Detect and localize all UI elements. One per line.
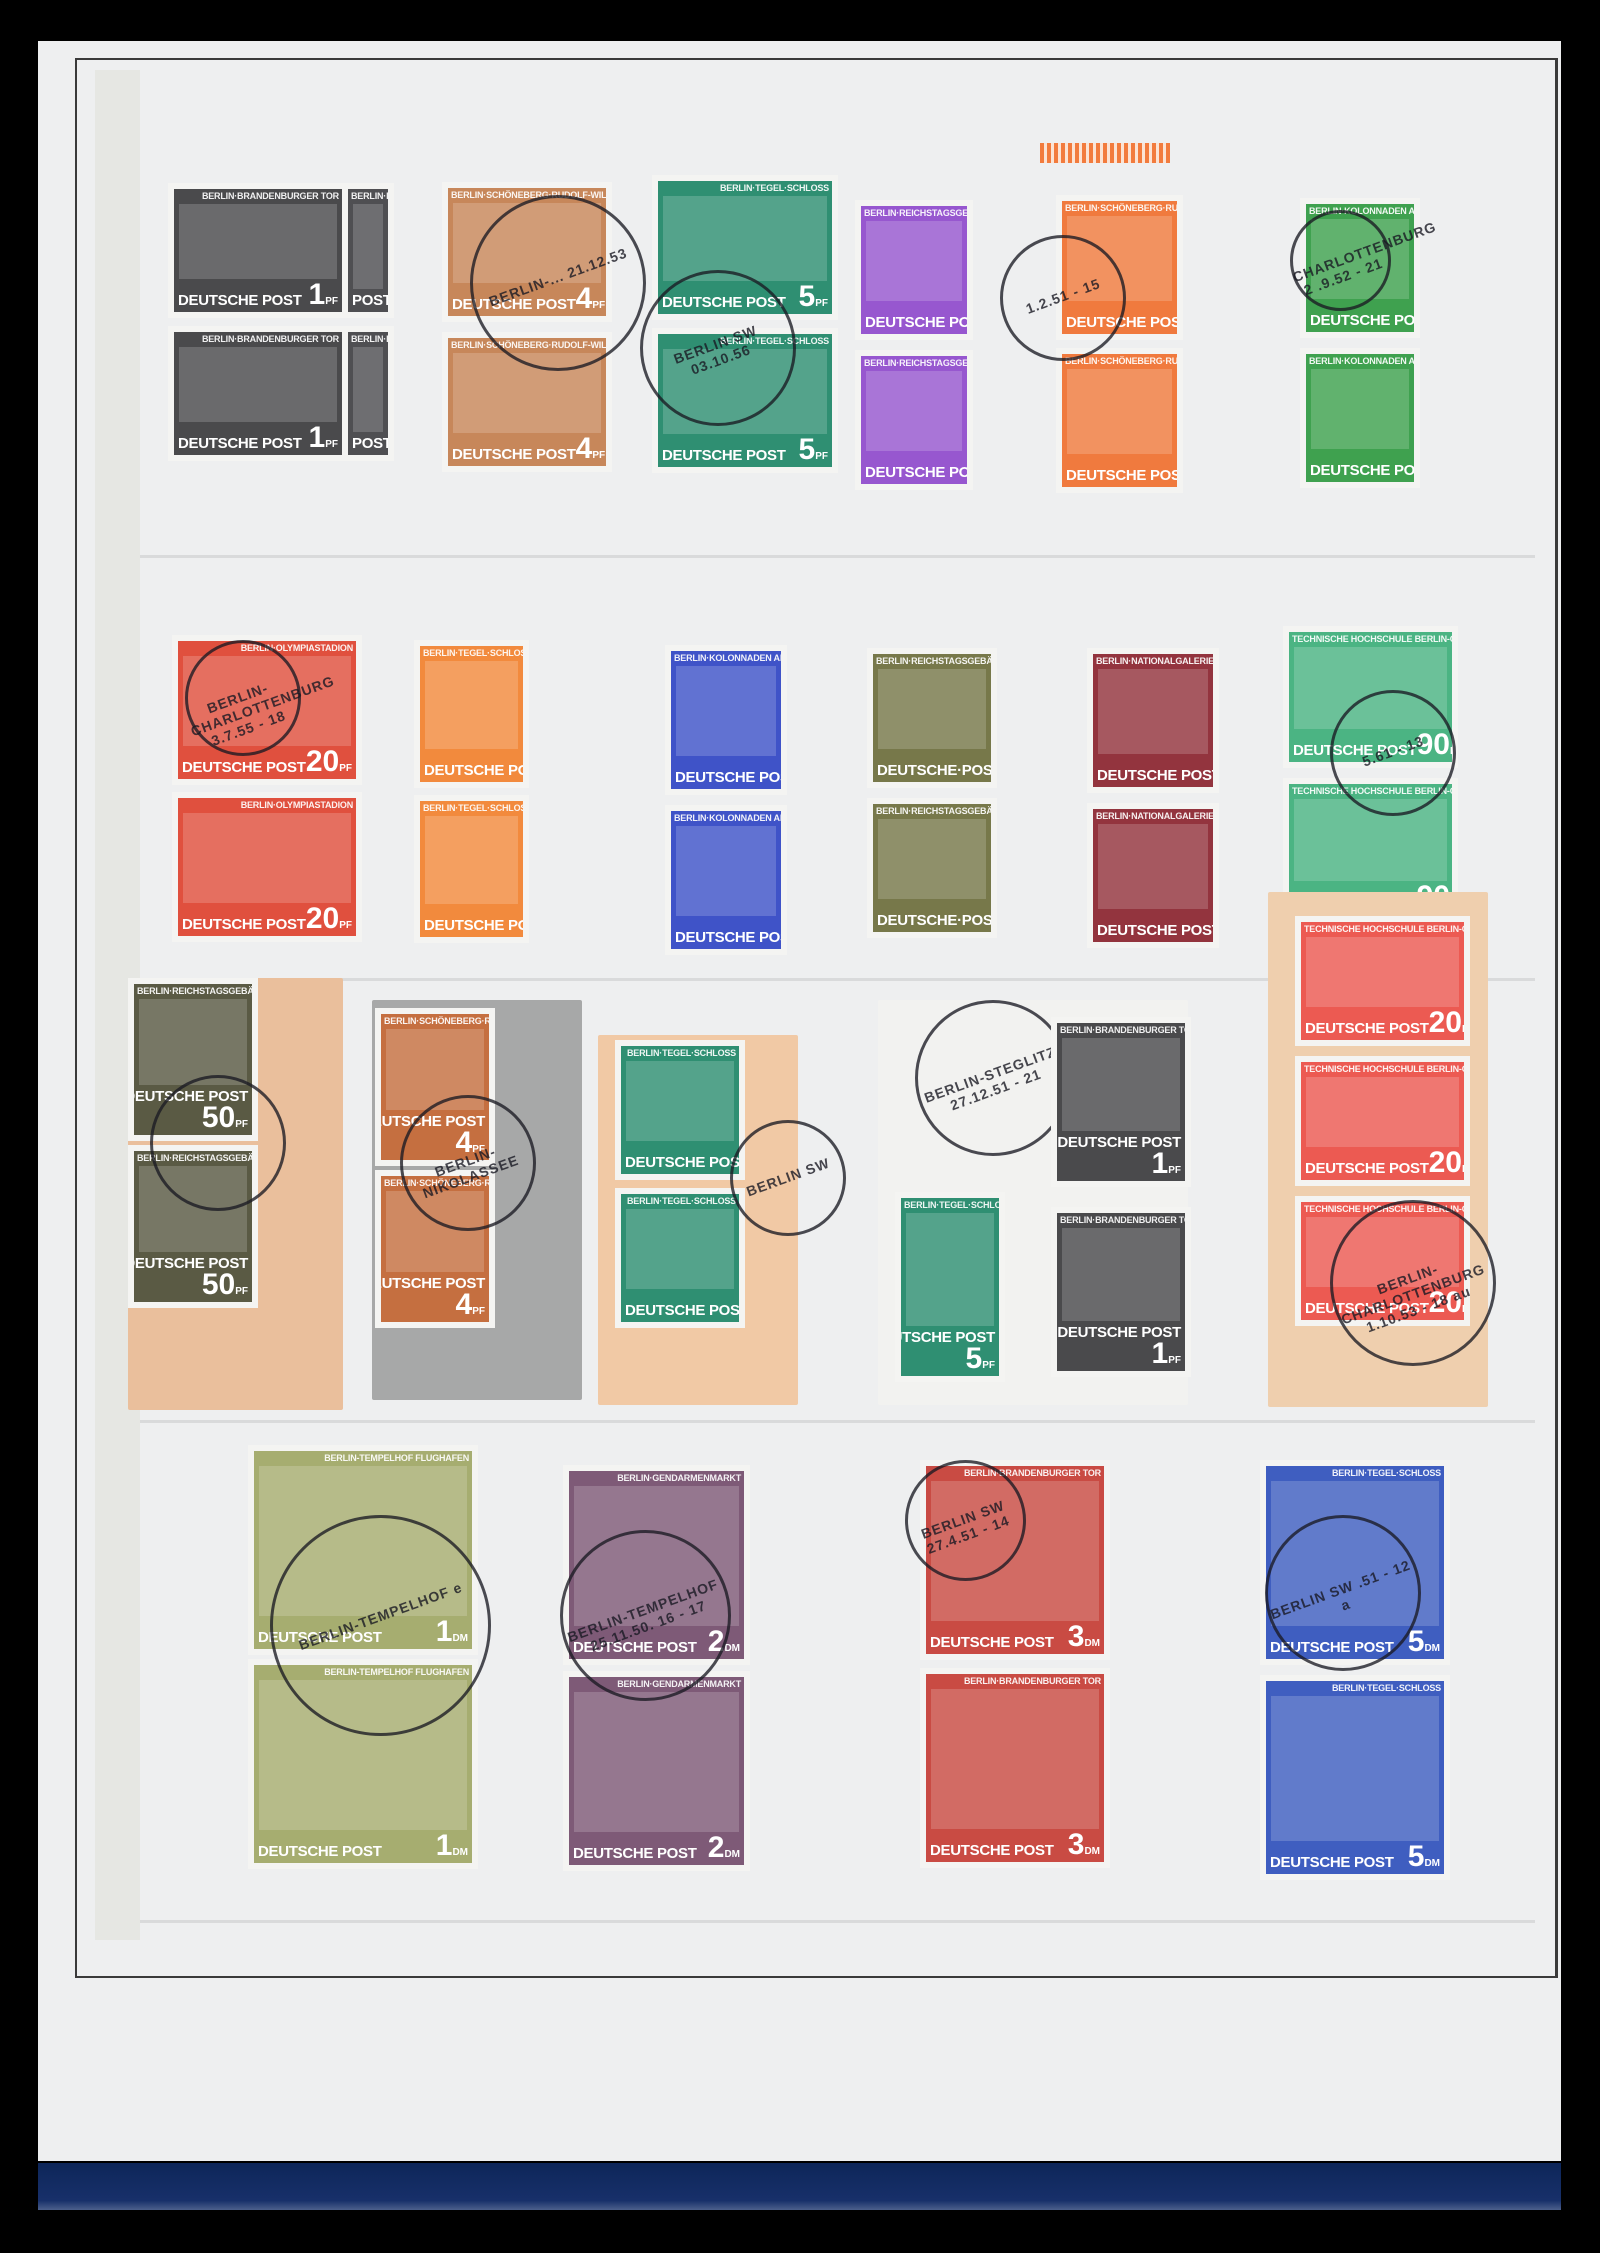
stamp-country-label: DEUTSCHE POST — [1097, 922, 1219, 939]
stamp-caption: BERLIN-TEMPELHOF FLUGHAFEN — [254, 1451, 472, 1463]
stamp-denomination: 50PF — [202, 1272, 248, 1299]
stamp[interactable]: BERLIN·TEGEL·SCHLOSSDEUTSCHE POST5PF — [895, 1192, 1005, 1382]
stock-strip-divider — [140, 555, 1535, 558]
stamp-denomination: 20PF — [306, 749, 352, 776]
stamp-value: 1 — [1152, 1147, 1169, 1180]
stamp-footer: DEUTSCHE POST8PF — [1062, 304, 1177, 334]
stamp-country-label: DEUTSCHE POST — [930, 1842, 1054, 1859]
stamp-country-label: DEUTSCHE POST — [865, 464, 973, 481]
stamp[interactable]: BERLIN·BRANDENBURGER TORDEUTSCHE POST1PF — [168, 326, 348, 461]
stamp-vignette-image — [676, 666, 776, 756]
stamp[interactable]: TECHNISCHE HOCHSCHULE BERLIN-CHARLOTTENB… — [1283, 626, 1458, 768]
stamp-caption: TECHNISCHE HOCHSCHULE BERLIN-CHARLOTTENB… — [1289, 632, 1452, 644]
stamp-footer: DEUTSCHE POST50PF — [134, 1088, 252, 1135]
stamp-caption: BERLIN·OLYMPIASTADION — [178, 798, 356, 810]
stamp-value: 1 — [1152, 1337, 1169, 1370]
stamp-caption: BERLIN-TEMPELHOF FLUGHAFEN — [254, 1665, 472, 1677]
stamp-value: 20 — [306, 902, 339, 935]
stamp-country-label: DEUTSCHE POST — [258, 1843, 382, 1860]
stamp-country-label: DEUTSCHE POST — [178, 435, 302, 452]
stamp-footer: DEUTSCHE POST10PF — [1306, 452, 1414, 482]
stamp[interactable]: TECHNISCHE HOCHSCHULE BERLIN-CHARLOTTENB… — [1295, 1196, 1470, 1326]
stamp-vignette-image — [866, 371, 962, 451]
stamp-vignette-image — [626, 1209, 734, 1289]
stamp-country-label: DEUTSCHE POST — [865, 314, 973, 331]
stamp-value: 1 — [309, 421, 326, 454]
stamp-country-label: POST — [352, 292, 392, 309]
stamp-vignette-image — [453, 203, 601, 283]
stamp-caption: BERLIN·REICHSTAGSGEBÄUDE — [873, 654, 991, 666]
stamp-country-label: DEUTSCHE POST — [258, 1629, 382, 1646]
stamp-denomination: 4PF — [456, 1292, 485, 1319]
stamp-footer: DEUTSCHE POST10PF — [1306, 302, 1414, 332]
stamp-value: 50 — [202, 1268, 235, 1301]
stamp-footer: DEUTSCHE POST20PF — [178, 906, 356, 936]
stamp-caption: TECHNISCHE HOCHSCHULE BERLIN-CHARLOTTENB… — [1301, 1062, 1464, 1074]
stamp[interactable]: BERLIN·TEGEL·SCHLOSSDEUTSCHE POST5DM — [1260, 1460, 1450, 1665]
stamp[interactable]: BERLIN·BRANDENBURGER TORPOST — [342, 183, 394, 318]
stamp-caption: BERLIN·TEGEL·SCHLOSS — [420, 646, 523, 658]
stamp-denomination: 20PF — [306, 906, 352, 933]
album-cover-edge — [38, 2163, 1561, 2210]
stamp[interactable]: BERLIN·KOLONNADEN AM KLEISTPARKDEUTSCHE … — [665, 805, 787, 955]
stamp-footer: DEUTSCHE POST90PF — [1289, 732, 1452, 762]
stamp-vignette-image — [878, 819, 986, 899]
stamp-caption: BERLIN·REICHSTAGSGEBÄUDE — [873, 804, 991, 816]
stamp-value: 20 — [1429, 1286, 1462, 1319]
stamp[interactable]: TECHNISCHE HOCHSCHULE BERLIN-CHARLOTTENB… — [1295, 1056, 1470, 1186]
stamp[interactable]: BERLIN·SCHÖNEBERG·RUDOLF-WILDE-PLATZDEUT… — [1056, 348, 1183, 493]
stamp-caption: BERLIN·BRANDENBURGER TOR — [1057, 1023, 1185, 1035]
stamp-caption: TECHNISCHE HOCHSCHULE BERLIN-CHARLOTTENB… — [1301, 922, 1464, 934]
stamp-denomination: 5PF — [799, 437, 828, 464]
stamp-value: 5 — [1408, 1840, 1425, 1873]
stamp-country-label: DEUTSCHE POST — [1305, 1300, 1429, 1317]
stamp[interactable]: BERLIN·REICHSTAGSGEBÄUDEDEUTSCHE·POST50P… — [867, 648, 997, 788]
stamp-caption: BERLIN·KOLONNADEN AM KLEISTPARK — [671, 811, 781, 823]
stamp-vignette-image — [1067, 369, 1172, 454]
stamp-value: 2 — [708, 1625, 725, 1658]
stamp-vignette-image — [574, 1486, 739, 1626]
stamp[interactable]: BERLIN·TEGEL·SCHLOSSDEUTSCHE POST5PF — [615, 1040, 745, 1180]
stamp[interactable]: BERLIN·OLYMPIASTADIONDEUTSCHE POST20PF — [172, 792, 362, 942]
stamp-caption: BERLIN·TEGEL·SCHLOSS — [1266, 1466, 1444, 1478]
stamp-currency: PF — [1450, 746, 1458, 757]
stamp-caption: BERLIN·SCHÖNEBERG·RUDOLF-WILDE-PLATZ — [1062, 354, 1177, 366]
stamp-currency: DM — [1424, 1858, 1440, 1869]
stamp-vignette-image — [386, 1191, 484, 1272]
stamp-currency: PF — [325, 439, 338, 450]
stamp-caption: BERLIN·GENDARMENMARKT — [569, 1677, 744, 1689]
stamp-country-label: DEUTSCHE POST — [452, 446, 576, 463]
stamp-value: 1 — [309, 278, 326, 311]
stamp[interactable]: BERLIN·GENDARMENMARKTDEUTSCHE POST2DM — [563, 1671, 750, 1871]
stamp[interactable]: BERLIN·TEGEL·SCHLOSSDEUTSCHE POST5PF — [615, 1188, 745, 1328]
stamp-denomination: 90PF — [1417, 732, 1458, 759]
stamp-vignette-image — [179, 347, 337, 422]
stamp-country-label: DEUTSCHE POST — [675, 929, 787, 946]
stamp-denomination: 4PF — [456, 1130, 485, 1157]
stamp-footer: DEUTSCHE POST5PF — [621, 1292, 739, 1322]
stamp-caption: BERLIN·TEGEL·SCHLOSS — [420, 801, 523, 813]
stamp-denomination: 20PF — [1429, 1150, 1470, 1177]
stamp-footer: DEUTSCHE POST25PF — [420, 752, 523, 782]
stamp-country-label: DEUTSCHE·POST — [877, 762, 997, 779]
stamp-country-label: DEUTSCHE POST — [930, 1634, 1054, 1651]
stamp-vignette-image — [676, 826, 776, 916]
stamp-caption: BERLIN·SCHÖNEBERG·RUDOLF-WILDE-PLATZ — [448, 338, 606, 350]
stamp-footer: DEUTSCHE POST2DM — [569, 1629, 744, 1659]
stamp-denomination: 4PF — [576, 286, 605, 313]
stamp[interactable]: BERLIN·KOLONNADEN AM KLEISTPARKDEUTSCHE … — [1300, 198, 1420, 338]
stamp-denomination: 2DM — [708, 1835, 740, 1862]
stamp-currency: DM — [724, 1643, 740, 1654]
stamp-footer: DEUTSCHE POST25PF — [420, 907, 523, 937]
stamp-denomination: 1DM — [436, 1619, 468, 1646]
stamp-caption: BERLIN·REICHSTAGSGEBÄUDE — [861, 206, 967, 218]
stamp-currency: PF — [472, 1306, 485, 1317]
stamp-currency: DM — [1424, 1643, 1440, 1654]
stamp-country-label: DEUTSCHE POST — [1310, 462, 1420, 479]
stamp-currency: PF — [325, 296, 338, 307]
stamp-country-label: DEUTSCHE POST — [1270, 1854, 1394, 1871]
stamp-caption: BERLIN·TEGEL·SCHLOSS — [658, 334, 832, 346]
stamp[interactable]: BERLIN·BRANDENBURGER TORDEUTSCHE POST3DM — [920, 1460, 1110, 1660]
stamp-country-label: DEUTSCHE POST — [1305, 1160, 1429, 1177]
stamp-footer: DEUTSCHE POST20PF — [1301, 1290, 1464, 1320]
stamp-country-label: DEUTSCHE POST — [662, 447, 786, 464]
stamp-footer: DEUTSCHE·POST50PF — [873, 752, 991, 782]
stamp-caption: BERLIN·KOLONNADEN AM KLEISTPARK — [1306, 204, 1414, 216]
stamp-currency: PF — [815, 451, 828, 462]
stamp-denomination: 1PF — [1152, 1341, 1181, 1368]
stamp[interactable]: BERLIN·REICHSTAGSGEBÄUDEDEUTSCHE POST50P… — [128, 1145, 258, 1308]
stamp-currency: PF — [339, 763, 352, 774]
stamp-caption: BERLIN·BRANDENBURGER TOR — [926, 1466, 1104, 1478]
stamp-currency: PF — [592, 300, 605, 311]
stamp-value: 5 — [799, 433, 816, 466]
stamp-footer: DEUTSCHE POST1PF — [1057, 1324, 1185, 1371]
stamp-footer: POST — [348, 435, 388, 455]
stamp-vignette-image — [1294, 799, 1447, 881]
stamp[interactable]: BERLIN-TEMPELHOF FLUGHAFENDEUTSCHE POST1… — [248, 1659, 478, 1869]
stamp-caption: TECHNISCHE HOCHSCHULE BERLIN-CHARLOTTENB… — [1301, 1202, 1464, 1214]
stamp[interactable]: BERLIN·BRANDENBURGER TORDEUTSCHE POST3DM — [920, 1668, 1110, 1868]
stamp[interactable]: BERLIN·GENDARMENMARKTDEUTSCHE POST2DM — [563, 1465, 750, 1665]
stamp-country-label: DEUTSCHE POST — [675, 769, 787, 786]
stamp-vignette-image — [453, 353, 601, 433]
stamp-footer: DEUTSCHE POST3DM — [926, 1832, 1104, 1862]
stamp[interactable]: BERLIN·OLYMPIASTADIONDEUTSCHE POST20PF — [172, 635, 362, 785]
stamp-caption: BERLIN·GENDARMENMARKT — [569, 1471, 744, 1483]
stamp-currency: PF — [1168, 1355, 1181, 1366]
stamp-denomination: 5PF — [799, 284, 828, 311]
stamp[interactable]: BERLIN·KOLONNADEN AM KLEISTPARKDEUTSCHE … — [665, 645, 787, 795]
stamp-currency: DM — [1084, 1638, 1100, 1649]
stamp-vignette-image — [139, 999, 247, 1085]
stamp-value: 3 — [1068, 1828, 1085, 1861]
stamp-currency: PF — [1168, 1165, 1181, 1176]
stamp-country-label: DEUTSCHE·POST — [877, 912, 997, 929]
stamp-value: 5 — [1408, 1625, 1425, 1658]
stamp-caption: BERLIN·TEGEL·SCHLOSS — [658, 181, 832, 193]
stamp-denomination: 50PF — [202, 1105, 248, 1132]
stamp-country-label: DEUTSCHE POST — [1097, 767, 1219, 784]
stamp-footer: DEUTSCHE POST4PF — [448, 286, 606, 316]
stamp-footer: DEUTSCHE POST30PF — [671, 919, 781, 949]
stamp-footer: DEUTSCHE POST1PF — [1057, 1134, 1185, 1181]
stamp-currency: PF — [235, 1119, 248, 1130]
stamp-country-label: DEUTSCHE POST — [1066, 314, 1183, 331]
stamp-caption: BERLIN·TEGEL·SCHLOSS — [621, 1194, 739, 1206]
stamp-vignette-image — [1311, 369, 1409, 449]
stamp-value: 1 — [436, 1615, 453, 1648]
stamp-currency: DM — [452, 1847, 468, 1858]
stamp[interactable]: BERLIN·SCHÖNEBERG·RUDOLF-WILDE-PLATZDEUT… — [442, 332, 612, 472]
stamp[interactable]: BERLIN·BRANDENBURGER TORDEUTSCHE POST1PF — [1051, 1017, 1191, 1187]
stamp-value: 20 — [306, 745, 339, 778]
stamp-value: 5 — [966, 1342, 983, 1375]
stamp-value: 90 — [1417, 728, 1450, 761]
stamp[interactable]: BERLIN·NATIONALGALERIEDEUTSCHE POST60PF — [1087, 803, 1219, 948]
stamp-country-label: POST — [352, 435, 392, 452]
stamp-country-label: DEUTSCHE POST — [182, 759, 306, 776]
stamp-caption: BERLIN·SCHÖNEBERG·RUDOLF-WILDE-PLATZ — [381, 1176, 489, 1188]
stamp-footer: DEUTSCHE POST1PF — [174, 425, 342, 455]
stamp-value: 3 — [1068, 1620, 1085, 1653]
stamp-value: 4 — [576, 282, 593, 315]
stamp-footer: DEUTSCHE POST5PF — [658, 284, 832, 314]
stamp-denomination: 2DM — [708, 1629, 740, 1656]
stamp-vignette-image — [1306, 1217, 1459, 1287]
stamp-country-label: DEUTSCHE POST — [1293, 742, 1417, 759]
stamp-caption: BERLIN·BRANDENBURGER TOR — [1057, 1213, 1185, 1225]
stamp-footer: DEUTSCHE POST5PF — [901, 1329, 999, 1376]
stamp-footer: DEUTSCHE POST50PF — [134, 1255, 252, 1302]
stamp-caption: BERLIN·KOLONNADEN AM KLEISTPARK — [671, 651, 781, 663]
sheet-margin-selvage — [1040, 143, 1170, 163]
stamp-vignette-image — [1098, 669, 1208, 754]
stamp-caption: TECHNISCHE HOCHSCHULE BERLIN-CHARLOTTENB… — [1289, 784, 1452, 796]
stamp-vignette-image — [1067, 216, 1172, 301]
stamp[interactable]: TECHNISCHE HOCHSCHULE BERLIN-CHARLOTTENB… — [1295, 916, 1470, 1046]
stamp-vignette-image — [1062, 1038, 1180, 1131]
stamp[interactable]: BERLIN·SCHÖNEBERG·RUDOLF-WILDE-PLATZDEUT… — [1056, 195, 1183, 340]
stamp[interactable]: BERLIN·BRANDENBURGER TORDEUTSCHE POST1PF — [1051, 1207, 1191, 1377]
stamp-caption: BERLIN·BRANDENBURGER TOR — [174, 189, 342, 201]
stamp-vignette-image — [183, 813, 351, 903]
stamp-country-label: DEUTSCHE POST — [662, 294, 786, 311]
stamp-vignette-image — [1271, 1481, 1439, 1626]
stamp-currency: PF — [339, 920, 352, 931]
stamp-caption: BERLIN·BRANDENBURGER TOR — [348, 189, 388, 201]
stamp-footer: DEUTSCHE POST5DM — [1266, 1844, 1444, 1874]
stamp-vignette-image — [663, 349, 827, 434]
stamp[interactable]: BERLIN·TEGEL·SCHLOSSDEUTSCHE POST5PF — [652, 175, 838, 320]
stamp-vignette-image — [1062, 1228, 1180, 1321]
stamp-value: 4 — [456, 1288, 473, 1321]
stamp-country-label: DEUTSCHE POST — [182, 916, 306, 933]
stamp-denomination: 4PF — [576, 436, 605, 463]
stamp-country-label: DEUTSCHE POST — [1270, 1639, 1394, 1656]
stamp-currency: PF — [1462, 1164, 1470, 1175]
stamp-currency: PF — [592, 450, 605, 461]
stamp[interactable]: BERLIN·REICHSTAGSGEBÄUDEDEUTSCHE POST6PF — [855, 200, 973, 340]
stamp-vignette-image — [353, 204, 383, 289]
stamp-vignette-image — [353, 347, 383, 432]
stamp-footer: DEUTSCHE POST6PF — [861, 304, 967, 334]
stamp[interactable]: BERLIN·SCHÖNEBERG·RUDOLF-WILDE-PLATZDEUT… — [375, 1170, 495, 1328]
stamp-country-label: DEUTSCHE POST — [424, 762, 529, 779]
stamp-footer: DEUTSCHE POST5PF — [621, 1144, 739, 1174]
stamp-caption: BERLIN·SCHÖNEBERG·RUDOLF-WILDE-PLATZ — [1062, 201, 1177, 213]
stamp-footer: DEUTSCHE POST6PF — [861, 454, 967, 484]
stamp-footer: DEUTSCHE POST5DM — [1266, 1629, 1444, 1659]
stock-strip-divider — [140, 1920, 1535, 1923]
stamp-vignette-image — [931, 1689, 1099, 1829]
stamp-currency: DM — [1084, 1846, 1100, 1857]
stamp-denomination: 3DM — [1068, 1832, 1100, 1859]
stamp-denomination: 1DM — [436, 1833, 468, 1860]
stamp-currency: PF — [1462, 1024, 1470, 1035]
stamp-caption: BERLIN·SCHÖNEBERG·RUDOLF-WILDE-PLATZ — [448, 188, 606, 200]
stamp-caption: BERLIN·TEGEL·SCHLOSS — [901, 1198, 999, 1210]
stamp-vignette-image — [139, 1166, 247, 1252]
stamp-vignette-image — [1306, 1077, 1459, 1147]
stamp[interactable]: BERLIN·NATIONALGALERIEDEUTSCHE POST60PF — [1087, 648, 1219, 793]
stamp-value: 20 — [1429, 1006, 1462, 1039]
stamp-footer: DEUTSCHE POST2DM — [569, 1835, 744, 1865]
stamp-denomination: 20PF — [1429, 1290, 1470, 1317]
stamp[interactable]: BERLIN·KOLONNADEN AM KLEISTPARKDEUTSCHE … — [1300, 348, 1420, 488]
stamp[interactable]: BERLIN·REICHSTAGSGEBÄUDEDEUTSCHE POST50P… — [128, 978, 258, 1141]
stamp-country-label: DEUTSCHE POST — [573, 1845, 697, 1862]
stamp-denomination: 3DM — [1068, 1624, 1100, 1651]
stamp-footer: DEUTSCHE POST1DM — [254, 1619, 472, 1649]
stamp-value: 5 — [799, 280, 816, 313]
stamp-caption: BERLIN·NATIONALGALERIE — [1093, 809, 1213, 821]
stamp[interactable]: BERLIN·TEGEL·SCHLOSSDEUTSCHE POST5DM — [1260, 1675, 1450, 1880]
stamp-denomination: 20PF — [1429, 1010, 1470, 1037]
stamp-caption: BERLIN·TEGEL·SCHLOSS — [1266, 1681, 1444, 1693]
stamp-caption: BERLIN·BRANDENBURGER TOR — [348, 332, 388, 344]
stamp-caption: BERLIN·REICHSTAGSGEBÄUDE — [134, 984, 252, 996]
stamp-vignette-image — [259, 1680, 467, 1830]
stamp-vignette-image — [906, 1213, 994, 1326]
stamp-footer: DEUTSCHE POST4PF — [381, 1275, 489, 1322]
stamp-denomination: 5DM — [1408, 1844, 1440, 1871]
stamp-denomination: 1PF — [309, 282, 338, 309]
stamp-vignette-image — [574, 1692, 739, 1832]
stamp-country-label: DEUTSCHE POST — [452, 296, 576, 313]
stamp-denomination: 5DM — [1408, 1629, 1440, 1656]
stamp-caption: BERLIN·BRANDENBURGER TOR — [926, 1674, 1104, 1686]
stamp[interactable]: BERLIN·BRANDENBURGER TORPOST — [342, 326, 394, 461]
stamp[interactable]: BERLIN·REICHSTAGSGEBÄUDEDEUTSCHE POST6PF — [855, 350, 973, 490]
stamp-country-label: DEUTSCHE POST — [625, 1154, 745, 1171]
stamp-country-label: DEUTSCHE POST — [178, 292, 302, 309]
stamp-footer: DEUTSCHE POST3DM — [926, 1624, 1104, 1654]
stamp-value: 2 — [708, 1831, 725, 1864]
stamp-currency: PF — [235, 1286, 248, 1297]
stamp-footer: DEUTSCHE POST20PF — [178, 749, 356, 779]
stamp-currency: PF — [815, 298, 828, 309]
stamp-denomination: 5PF — [966, 1346, 995, 1373]
stamp-value: 4 — [456, 1126, 473, 1159]
stamp-currency: PF — [472, 1144, 485, 1155]
stamp-country-label: DEUTSCHE POST — [1305, 1020, 1429, 1037]
stamp-vignette-image — [1311, 219, 1409, 299]
stamp[interactable]: BERLIN·SCHÖNEBERG·RUDOLF-WILDE-PLATZDEUT… — [442, 182, 612, 322]
stamp-value: 20 — [1429, 1146, 1462, 1179]
stamp-vignette-image — [931, 1481, 1099, 1621]
stamp-footer: DEUTSCHE POST5PF — [658, 437, 832, 467]
stamp-currency: DM — [724, 1849, 740, 1860]
stamp-footer: DEUTSCHE·POST50PF — [873, 902, 991, 932]
stamp-denomination: 1PF — [1152, 1151, 1181, 1178]
stamp-caption: BERLIN·REICHSTAGSGEBÄUDE — [134, 1151, 252, 1163]
stamp-vignette-image — [425, 816, 518, 904]
stamp[interactable]: BERLIN·TEGEL·SCHLOSSDEUTSCHE POST25PF — [414, 795, 529, 943]
stamp-vignette-image — [425, 661, 518, 749]
stamp-vignette-image — [183, 656, 351, 746]
stamp-caption: BERLIN·KOLONNADEN AM KLEISTPARK — [1306, 354, 1414, 366]
stamp-currency: DM — [452, 1633, 468, 1644]
stamp-currency: PF — [1462, 1304, 1470, 1315]
stamp-footer: DEUTSCHE POST30PF — [671, 759, 781, 789]
stamp-caption: BERLIN·TEGEL·SCHLOSS — [621, 1046, 739, 1058]
stamp-caption: BERLIN·REICHSTAGSGEBÄUDE — [861, 356, 967, 368]
stamp-country-label: DEUTSCHE POST — [424, 917, 529, 934]
stamp[interactable]: BERLIN·BRANDENBURGER TORDEUTSCHE POST1PF — [168, 183, 348, 318]
stamp-vignette-image — [866, 221, 962, 301]
stamp-country-label: DEUTSCHE POST — [573, 1639, 697, 1656]
stamp-country-label: DEUTSCHE POST — [625, 1302, 745, 1319]
stamp-denomination: 1PF — [309, 425, 338, 452]
stamp[interactable]: BERLIN·REICHSTAGSGEBÄUDEDEUTSCHE·POST50P… — [867, 798, 997, 938]
stamp-footer: DEUTSCHE POST1PF — [174, 282, 342, 312]
stamp-vignette-image — [1271, 1696, 1439, 1841]
stamp-caption: BERLIN·NATIONALGALERIE — [1093, 654, 1213, 666]
stamp-footer: DEUTSCHE POST1DM — [254, 1833, 472, 1863]
stamp-footer: POST — [348, 292, 388, 312]
stamp-footer: DEUTSCHE POST20PF — [1301, 1150, 1464, 1180]
stamp-currency: PF — [982, 1360, 995, 1371]
stamp-footer: DEUTSCHE POST4PF — [381, 1113, 489, 1160]
stamp[interactable]: BERLIN·TEGEL·SCHLOSSDEUTSCHE POST5PF — [652, 328, 838, 473]
stamp-country-label: DEUTSCHE POST — [1066, 467, 1183, 484]
stamp-vignette-image — [179, 204, 337, 279]
stamp-vignette-image — [878, 669, 986, 749]
stamp-vignette-image — [663, 196, 827, 281]
stamp-caption: BERLIN·OLYMPIASTADION — [178, 641, 356, 653]
stamp[interactable]: BERLIN·TEGEL·SCHLOSSDEUTSCHE POST25PF — [414, 640, 529, 788]
stamp-footer: DEUTSCHE POST4PF — [448, 436, 606, 466]
stamp-caption: BERLIN·SCHÖNEBERG·RUDOLF-WILDE-PLATZ — [381, 1014, 489, 1026]
stamp-footer: DEUTSCHE POST8PF — [1062, 457, 1177, 487]
stamp[interactable]: BERLIN·SCHÖNEBERG·RUDOLF-WILDE-PLATZDEUT… — [375, 1008, 495, 1166]
stamp-value: 4 — [576, 432, 593, 465]
stamp-vignette-image — [626, 1061, 734, 1141]
stamp-vignette-image — [386, 1029, 484, 1110]
stamp-caption: BERLIN·BRANDENBURGER TOR — [174, 332, 342, 344]
stamp[interactable]: BERLIN-TEMPELHOF FLUGHAFENDEUTSCHE POST1… — [248, 1445, 478, 1655]
stock-strip-divider — [140, 1420, 1535, 1423]
stamp-vignette-image — [259, 1466, 467, 1616]
stamp-vignette-image — [1098, 824, 1208, 909]
stamp-value: 50 — [202, 1101, 235, 1134]
stamp-vignette-image — [1306, 937, 1459, 1007]
